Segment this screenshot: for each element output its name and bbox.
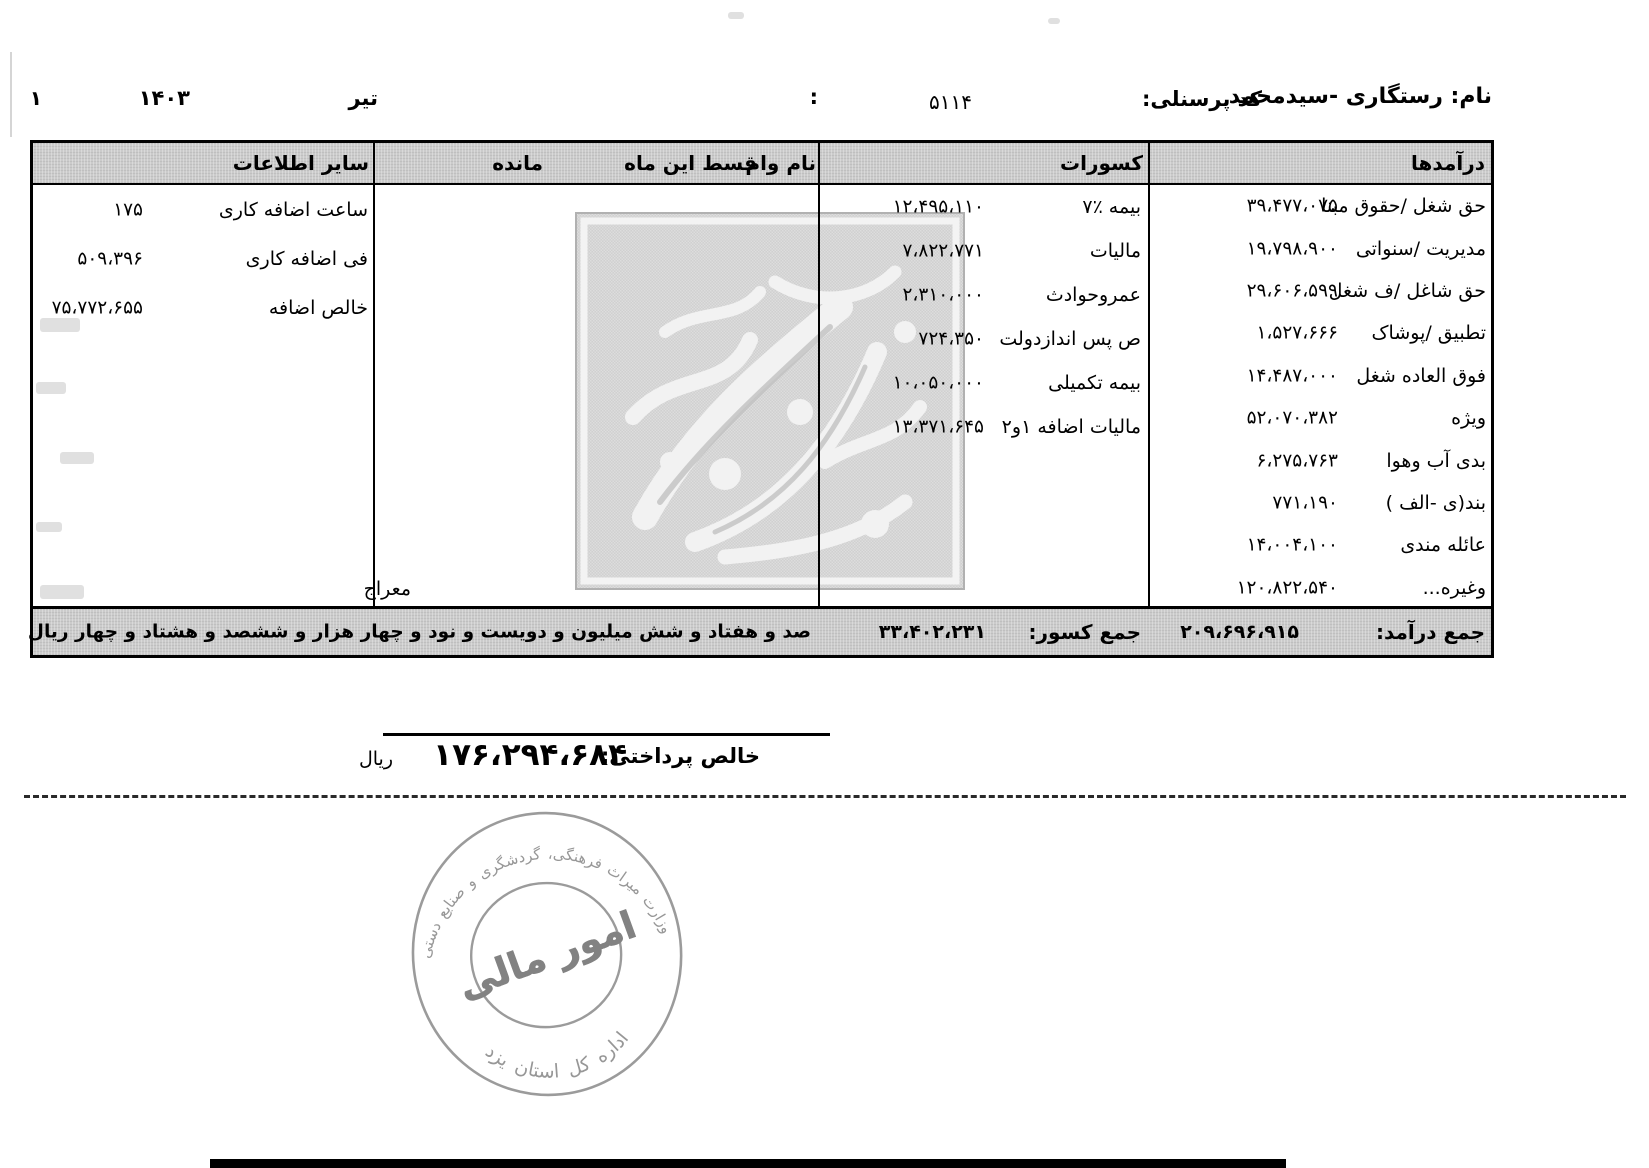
other-info-label: ساعت اضافه کاری [219, 199, 368, 221]
deduction-row: عمروحوادث۲،۳۱۰،۰۰۰ [820, 273, 1148, 317]
income-label: عائله مندی [1400, 534, 1486, 556]
income-label: فوق العاده شغل [1356, 365, 1486, 387]
income-row: حق شاغل /ف شغل۲۹،۶۰۶،۵۹۹ [1151, 270, 1491, 312]
deduction-value: ۱۳،۳۷۱،۶۴۵ [893, 417, 984, 438]
deduction-row: ص پس اندازدولت۷۲۴،۳۵۰ [820, 317, 1148, 361]
column-header-income: درآمدها [1411, 151, 1485, 175]
deduction-value: ۷۲۴،۳۵۰ [918, 329, 984, 350]
totals-row: جمع درآمد: ۲۰۹،۶۹۶،۹۱۵ جمع کسور: ۳۳،۴۰۲،… [33, 606, 1491, 655]
total-deductions-label: جمع کسور: [1029, 620, 1141, 644]
deductions-column: بیمه ٪۷۱۲،۴۹۵،۱۱۰ مالیات۷،۸۲۲،۷۷۱ عمروحو… [820, 185, 1148, 449]
personnel-code-label: کد پرسنلی: [1142, 87, 1262, 111]
other-info-row: ساعت اضافه کاری۱۷۵ [29, 185, 373, 234]
net-pay-currency: ریال [359, 748, 393, 770]
official-round-stamp: وزارت میراث فرهنگی، گردشگری و صنایع دستی… [387, 792, 706, 1116]
other-info-column: ساعت اضافه کاری۱۷۵ فی اضافه کاری۵۰۹،۳۹۶ … [29, 185, 373, 332]
net-pay-value: ۱۷۶،۲۹۴،۶۸۴ [433, 737, 627, 773]
svg-text:اداره کل استان یزد: اداره کل استان یزد [480, 1026, 637, 1090]
table-header-row: درآمدها کسورات نام وام قسط این ماه مانده… [33, 143, 1491, 185]
deduction-label: مالیات [1090, 240, 1141, 262]
stamp-office-text: اداره کل استان یزد [480, 1026, 637, 1090]
payslip-table: درآمدها کسورات نام وام قسط این ماه مانده… [30, 140, 1494, 658]
stamp-center-text: امور مالی [452, 903, 642, 1008]
other-info-row: فی اضافه کاری۵۰۹،۳۹۶ [29, 234, 373, 283]
personnel-code-value: ۵۱۱۴ [929, 90, 972, 114]
deduction-value: ۷،۸۲۲،۷۷۱ [903, 241, 985, 262]
page-number: ۱ [30, 86, 42, 110]
other-info-label: فی اضافه کاری [246, 248, 368, 270]
income-row: مدیریت /سنواتی۱۹،۷۹۸،۹۰۰ [1151, 227, 1491, 269]
income-value: ۱۴،۰۰۴،۱۰۰ [1247, 535, 1338, 556]
deduction-label: ص پس اندازدولت [999, 328, 1141, 350]
income-row: تطبیق /پوشاک۱،۵۲۷،۶۶۶ [1151, 312, 1491, 354]
deduction-row: مالیات۷،۸۲۲،۷۷۱ [820, 229, 1148, 273]
pay-month: تیر [348, 86, 378, 110]
header-colon: : [810, 85, 818, 109]
net-pay-underline [383, 733, 830, 736]
divider-income-deductions [1148, 143, 1150, 655]
income-label: بدی آب وهوا [1386, 450, 1486, 472]
income-label: بند(ی -الف ) [1386, 492, 1486, 514]
income-row: عائله مندی۱۴،۰۰۴،۱۰۰ [1151, 524, 1491, 566]
net-amount-in-words: صد و هفتاد و شش میلیون و دویست و نود و چ… [28, 622, 811, 643]
income-label: حق شاغل /ف شغل [1329, 280, 1486, 302]
divider-deductions-loan [818, 143, 820, 655]
other-info-value: ۱۷۵ [113, 199, 143, 220]
income-row: ویژه۵۲،۰۷۰،۳۸۲ [1151, 397, 1491, 439]
loan-name-value: معراج [364, 578, 411, 600]
deduction-row: مالیات اضافه ۱و۲۱۳،۳۷۱،۶۴۵ [820, 405, 1148, 449]
income-column: حق شغل /حقوق مبنا۳۹،۴۷۷،۰۷۵ مدیریت /سنوا… [1151, 185, 1491, 609]
income-label: وغیره... [1423, 577, 1486, 599]
column-header-other-info: سایر اطلاعات [233, 151, 369, 175]
divider-loan-other-info [373, 143, 375, 609]
column-header-balance: مانده [492, 151, 543, 175]
scan-bottom-bar [210, 1159, 1286, 1168]
deduction-value: ۲،۳۱۰،۰۰۰ [903, 285, 985, 306]
other-info-label: خالص اضافه [269, 297, 368, 319]
dashed-separator [24, 795, 1626, 798]
income-value: ۱،۵۲۷،۶۶۶ [1257, 323, 1339, 344]
total-income-label: جمع درآمد: [1376, 620, 1485, 644]
deduction-value: ۱۰،۰۵۰،۰۰۰ [893, 373, 984, 394]
scan-smudge [728, 12, 744, 19]
income-value: ۱۹،۷۹۸،۹۰۰ [1247, 238, 1338, 259]
income-value: ۲۹،۶۰۶،۵۹۹ [1247, 280, 1338, 301]
total-income-value: ۲۰۹،۶۹۶،۹۱۵ [1180, 621, 1299, 643]
income-value: ۱۴،۴۸۷،۰۰۰ [1247, 365, 1338, 386]
income-value: ۷۷۱،۱۹۰ [1272, 492, 1338, 513]
scan-edge-artifact [10, 52, 12, 137]
deduction-value: ۱۲،۴۹۵،۱۱۰ [893, 197, 984, 218]
deduction-row: بیمه تکمیلی۱۰،۰۵۰،۰۰۰ [820, 361, 1148, 405]
income-row: حق شغل /حقوق مبنا۳۹،۴۷۷،۰۷۵ [1151, 185, 1491, 227]
income-value: ۱۲۰،۸۲۲،۵۴۰ [1237, 577, 1338, 598]
income-label: حق شغل /حقوق مبنا [1321, 195, 1486, 217]
other-info-value: ۷۵،۷۷۲،۶۵۵ [52, 297, 143, 318]
income-label: تطبیق /پوشاک [1372, 322, 1486, 344]
income-label: ویژه [1451, 407, 1486, 429]
deduction-label: بیمه ٪۷ [1082, 196, 1141, 218]
income-row: بند(ی -الف )۷۷۱،۱۹۰ [1151, 482, 1491, 524]
pay-year: ۱۴۰۳ [139, 86, 190, 110]
income-row: وغیره...۱۲۰،۸۲۲،۵۴۰ [1151, 567, 1491, 609]
income-row: بدی آب وهوا۶،۲۷۵،۷۶۳ [1151, 439, 1491, 481]
total-deductions-value: ۳۳،۴۰۲،۲۳۱ [879, 621, 986, 643]
deduction-label: بیمه تکمیلی [1048, 372, 1141, 394]
deduction-label: مالیات اضافه ۱و۲ [1002, 416, 1141, 438]
income-row: فوق العاده شغل۱۴،۴۸۷،۰۰۰ [1151, 355, 1491, 397]
other-info-value: ۵۰۹،۳۹۶ [77, 248, 143, 269]
scan-smudge [1048, 18, 1060, 24]
income-value: ۶،۲۷۵،۷۶۳ [1257, 450, 1339, 471]
income-value: ۳۹،۴۷۷،۰۷۵ [1247, 196, 1338, 217]
payslip-page: نام: رستگاری -سیدمحمد کد پرسنلی: ۵۱۱۴ : … [0, 0, 1649, 1168]
deduction-label: عمروحوادث [1046, 284, 1141, 306]
deduction-row: بیمه ٪۷۱۲،۴۹۵،۱۱۰ [820, 185, 1148, 229]
employee-name: نام: رستگاری -سیدمحمد [1229, 84, 1492, 109]
column-header-deductions: کسورات [1060, 151, 1143, 175]
other-info-row: خالص اضافه۷۵،۷۷۲،۶۵۵ [29, 283, 373, 332]
income-value: ۵۲،۰۷۰،۳۸۲ [1247, 408, 1338, 429]
column-header-installment: قسط این ماه [624, 151, 757, 175]
income-label: مدیریت /سنواتی [1356, 238, 1486, 260]
